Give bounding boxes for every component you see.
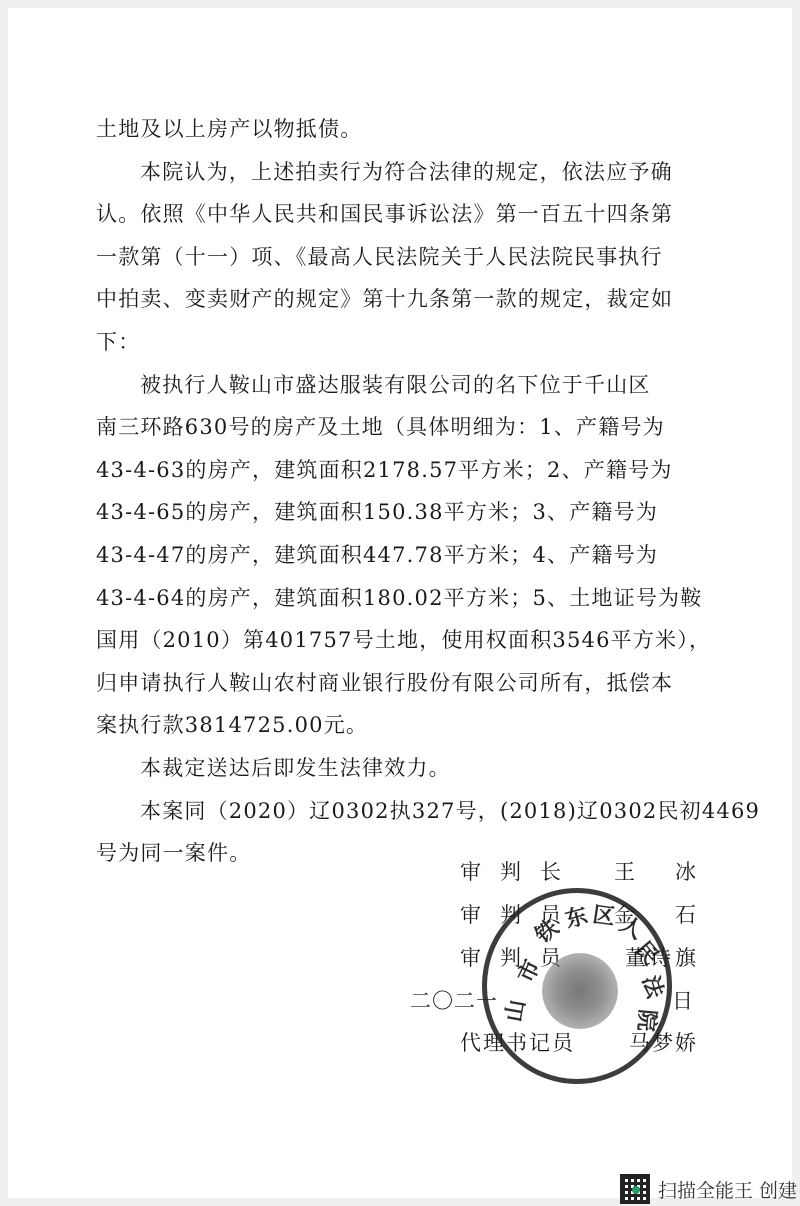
seal-char: 法: [636, 971, 672, 1002]
document-page: 土地及以上房产以物抵债。 本院认为，上述拍卖行为符合法律的规定，依法应予确 认。…: [8, 8, 792, 1198]
seal-char: 院: [632, 1008, 665, 1033]
paragraph-court-opinion: 本院认为，上述拍卖行为符合法律的规定，依法应予确 认。依照《中华人民共和国民事诉…: [96, 151, 716, 364]
seal-char: 铁: [528, 912, 565, 950]
text-line: 南三环路630号的房产及土地（具体明细为：1、产籍号为: [96, 406, 716, 449]
text-line: 被执行人鞍山市盛达服装有限公司的名下位于千山区: [96, 364, 716, 407]
qr-code-icon: [620, 1174, 650, 1204]
seal-char: 山: [497, 997, 531, 1024]
text-line: 认。依照《中华人民共和国民事诉讼法》第一百五十四条第: [96, 193, 716, 236]
text-line: 43-4-65的房产，建筑面积150.38平方米；3、产籍号为: [96, 491, 716, 534]
ruling-date-end: 日: [672, 985, 694, 1015]
ruling-body: 土地及以上房产以物抵债。 本院认为，上述拍卖行为符合法律的规定，依法应予确 认。…: [96, 108, 716, 875]
scanner-watermark: 扫描全能王 创建: [620, 1172, 797, 1206]
paragraph-conclusion-tail: 土地及以上房产以物抵债。: [96, 108, 716, 151]
text-line: 本裁定送达后即发生法律效力。: [96, 747, 716, 790]
text-line: 本院认为，上述拍卖行为符合法律的规定，依法应予确: [96, 151, 716, 194]
signature-presiding-judge: 审判长 王冰: [460, 856, 696, 886]
seal-char: 东: [561, 899, 590, 935]
seal-char: 区: [591, 898, 617, 932]
seal-char: 市: [509, 954, 546, 987]
text-line: 中拍卖、变卖财产的规定》第十九条第一款的规定，裁定如: [96, 278, 716, 321]
watermark-text: 扫描全能王 创建: [658, 1176, 797, 1203]
text-line: 本案同（2020）辽0302执327号，(2018)辽0302民初4469: [96, 790, 716, 833]
text-line: 一款第（十一）项、《最高人民法院关于人民法院民事执行: [96, 236, 716, 279]
text-line: 下：: [96, 321, 716, 364]
signature-role: 审判长: [460, 856, 580, 886]
text-line: 43-4-47的房产，建筑面积447.78平方米；4、产籍号为: [96, 534, 716, 577]
text-line: 土地及以上房产以物抵债。: [96, 108, 716, 151]
seal-emblem-icon: [542, 953, 618, 1029]
text-line: 43-4-64的房产，建筑面积180.02平方米；5、土地证号为鞍: [96, 577, 716, 620]
paragraph-effect: 本裁定送达后即发生法律效力。: [96, 747, 716, 790]
text-line: 归申请执行人鞍山农村商业银行股份有限公司所有，抵偿本: [96, 662, 716, 705]
text-line: 43-4-63的房产，建筑面积2178.57平方米；2、产籍号为: [96, 449, 716, 492]
court-seal: 市 山 铁 东 区 人 民 法 院: [482, 888, 672, 1084]
signature-name: 王冰: [614, 856, 736, 886]
paragraph-ruling: 被执行人鞍山市盛达服装有限公司的名下位于千山区 南三环路630号的房产及土地（具…: [96, 364, 716, 747]
text-line: 案执行款3814725.00元。: [96, 704, 716, 747]
text-line: 国用（2010）第401757号土地，使用权面积3546平方米），: [96, 619, 716, 662]
